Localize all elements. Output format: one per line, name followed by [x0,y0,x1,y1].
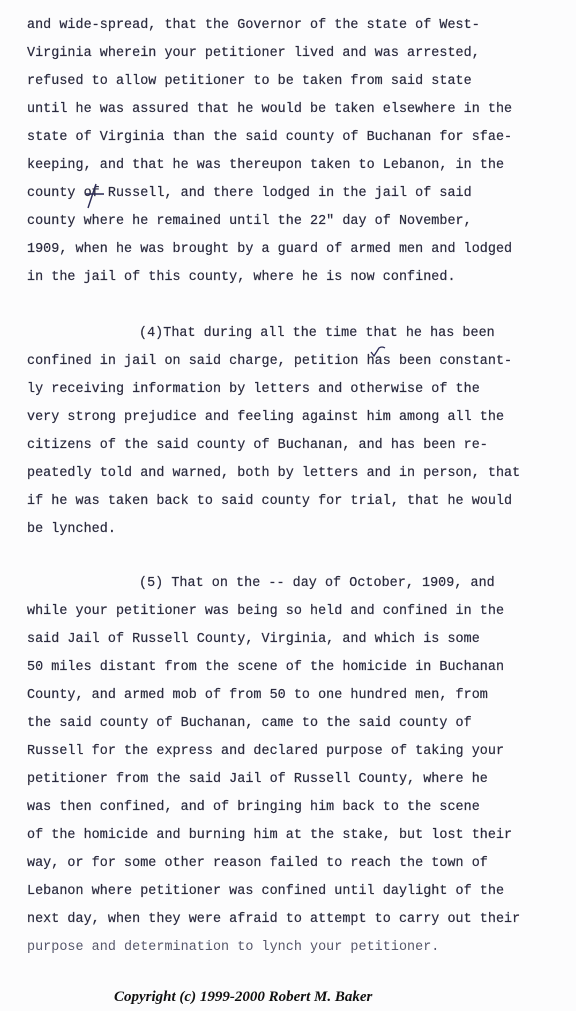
text-line: 50 miles distant from the scene of the h… [27,660,504,676]
text-line: until he was assured that he would be ta… [27,102,512,118]
text-line: next day, when they were afraid to attem… [27,912,520,928]
text-line: refused to allow petitioner to be taken … [27,74,472,90]
text-line: Russell for the express and declared pur… [27,744,504,760]
text-line: County, and armed mob of from 50 to one … [27,688,488,704]
text-line: was then confined, and of bringing him b… [27,800,480,816]
text-line: and wide-spread, that the Governor of th… [27,18,480,34]
text-line: citizens of the said county of Buchanan,… [27,438,488,454]
text-line: Virginia wherein your petitioner lived a… [27,46,480,62]
text-line: be lynched. [27,522,116,538]
text-line: very strong prejudice and feeling agains… [27,410,504,426]
text-line: keeping, and that he was thereupon taken… [27,158,504,174]
text-line: purpose and determination to lynch your … [27,940,439,956]
paragraph-5-first-line: (5) That on the -- day of October, 1909,… [139,576,495,592]
text-line: way, or for some other reason failed to … [27,856,488,872]
text-line: while your petitioner was being so held … [27,604,504,620]
text-line: ly receiving information by letters and … [27,382,480,398]
text-line: peatedly told and warned, both by letter… [27,466,520,482]
text-line: county where he remained until the 22" d… [27,214,472,230]
copyright-notice: Copyright (c) 1999-2000 Robert M. Baker [114,989,372,1006]
text-line: Lebanon where petitioner was confined un… [27,884,504,900]
paragraph-4-first-line: (4)That during all the time that he has … [139,326,495,342]
text-line: in the jail of this county, where he is … [27,270,456,286]
text-line: county of Russell, and there lodged in t… [27,186,472,202]
text-line: 1909, when he was brought by a guard of … [27,242,512,258]
typewritten-page: and wide-spread, that the Governor of th… [0,0,576,1011]
text-line: petitioner from the said Jail of Russell… [27,772,488,788]
text-line: state of Virginia than the said county o… [27,130,512,146]
text-line: said Jail of Russell County, Virginia, a… [27,632,480,648]
text-line: confined in jail on said charge, petitio… [27,354,512,370]
text-line: of the homicide and burning him at the s… [27,828,512,844]
text-line: if he was taken back to said county for … [27,494,512,510]
text-line: the said county of Buchanan, came to the… [27,716,472,732]
